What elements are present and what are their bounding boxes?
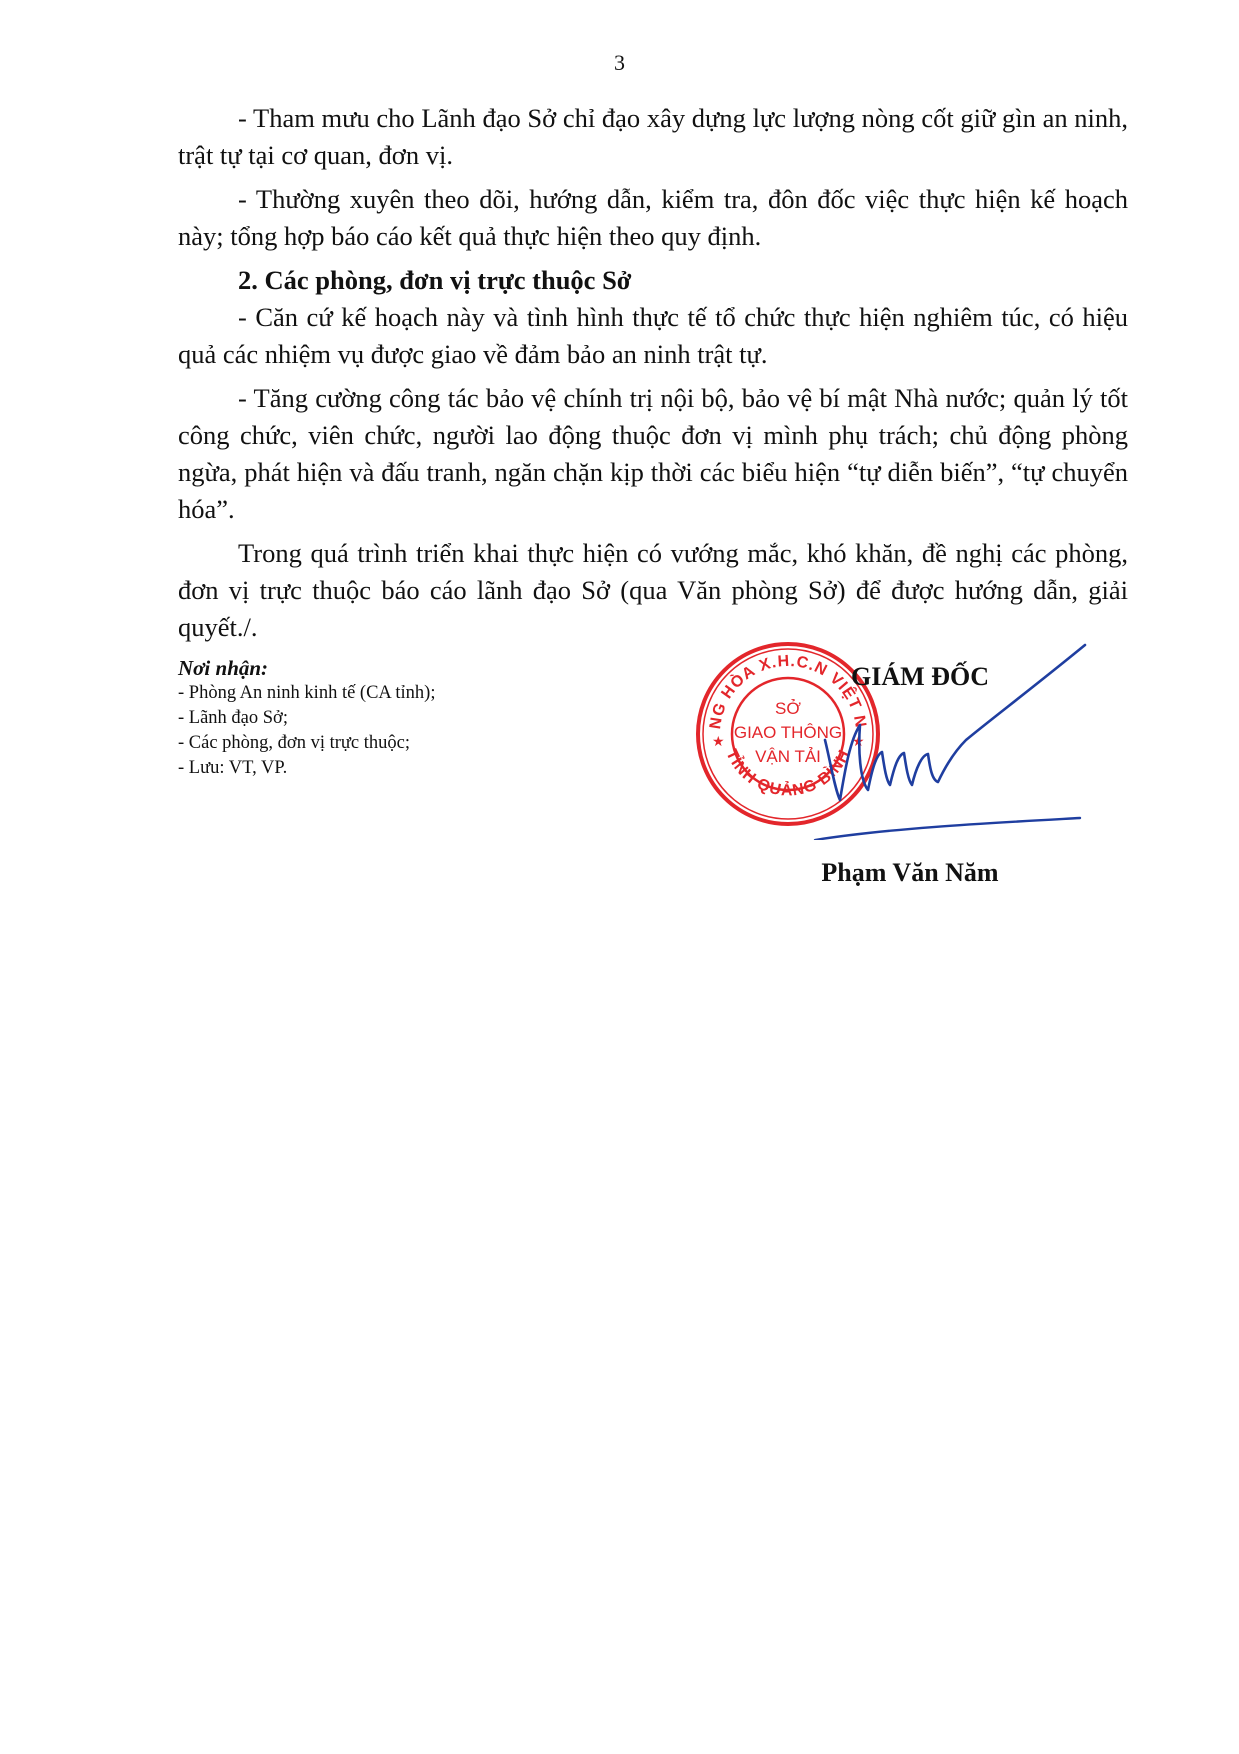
recipients-block: Nơi nhận: - Phòng An ninh kinh tế (CA tỉ… [178,655,435,781]
paragraph-monitor-plan: - Thường xuyên theo dõi, hướng dẫn, kiểm… [178,181,1128,255]
handwritten-signature-icon [690,640,1110,840]
document-body: - Tham mưu cho Lãnh đạo Sở chỉ đạo xây d… [178,100,1128,646]
signature-block: CỘNG HÒA X.H.C.N VIỆT NAM TỈNH QUẢNG BÌN… [690,640,1110,900]
recipient-item: - Phòng An ninh kinh tế (CA tỉnh); [178,681,435,706]
paragraph-strengthen-protection: - Tăng cường công tác bảo vệ chính trị n… [178,380,1128,528]
page-number: 3 [0,50,1239,76]
section-heading-2: 2. Các phòng, đơn vị trực thuộc Sở [178,262,1128,299]
recipient-item: - Lưu: VT, VP. [178,756,435,781]
recipient-item: - Các phòng, đơn vị trực thuộc; [178,731,435,756]
paragraph-base-plan: - Căn cứ kế hoạch này và tình hình thực … [178,299,1128,373]
recipients-title: Nơi nhận: [178,655,435,681]
signer-name: Phạm Văn Năm [780,858,1040,888]
paragraph-closing: Trong quá trình triển khai thực hiện có … [178,535,1128,646]
recipient-item: - Lãnh đạo Sở; [178,706,435,731]
paragraph-advise-leadership: - Tham mưu cho Lãnh đạo Sở chỉ đạo xây d… [178,100,1128,174]
